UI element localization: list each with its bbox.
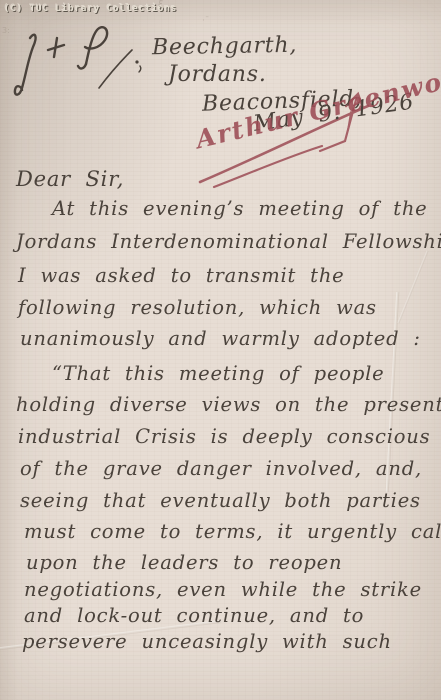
letter-line: unanimously and warmly adopted : bbox=[20, 327, 421, 350]
letter-line: of the grave danger involved, and, bbox=[20, 457, 422, 480]
letter-line: holding diverse views on the present bbox=[16, 393, 441, 416]
letter-line: industrial Crisis is deeply conscious bbox=[18, 425, 430, 448]
letter-line: At this evening’s meeting of the bbox=[52, 197, 428, 220]
letter-line: persevere unceasingly with such bbox=[22, 630, 392, 653]
pencil-mark: ·¯ bbox=[202, 16, 209, 26]
letter-line: seeing that eventually both parties bbox=[20, 489, 421, 512]
letter-line: following resolution, which was bbox=[18, 296, 377, 319]
letter-line: I was asked to transmit the bbox=[18, 264, 345, 287]
letter-line: must come to terms, it urgently calls bbox=[24, 520, 441, 543]
address-line-2: Jordans. bbox=[168, 62, 267, 87]
letter-line: Jordans Interdenominational Fellowship bbox=[16, 230, 441, 253]
letter-line: negotiations, even while the strike bbox=[24, 578, 422, 601]
letter-line: “That this meeting of people bbox=[52, 362, 385, 385]
letter-line: and lock-out continue, and to bbox=[24, 604, 364, 627]
copyright-watermark: (C) TUC Library Collections bbox=[4, 4, 177, 14]
salutation: Dear Sir, bbox=[16, 167, 124, 191]
scanned-letter-page: { "watermark": "(C) TUC Library Collecti… bbox=[0, 0, 441, 700]
pencil-mark: 3: bbox=[2, 26, 10, 35]
address-line-1: Beechgarth, bbox=[152, 33, 298, 61]
letter-line: upon the leaders to reopen bbox=[26, 551, 342, 574]
